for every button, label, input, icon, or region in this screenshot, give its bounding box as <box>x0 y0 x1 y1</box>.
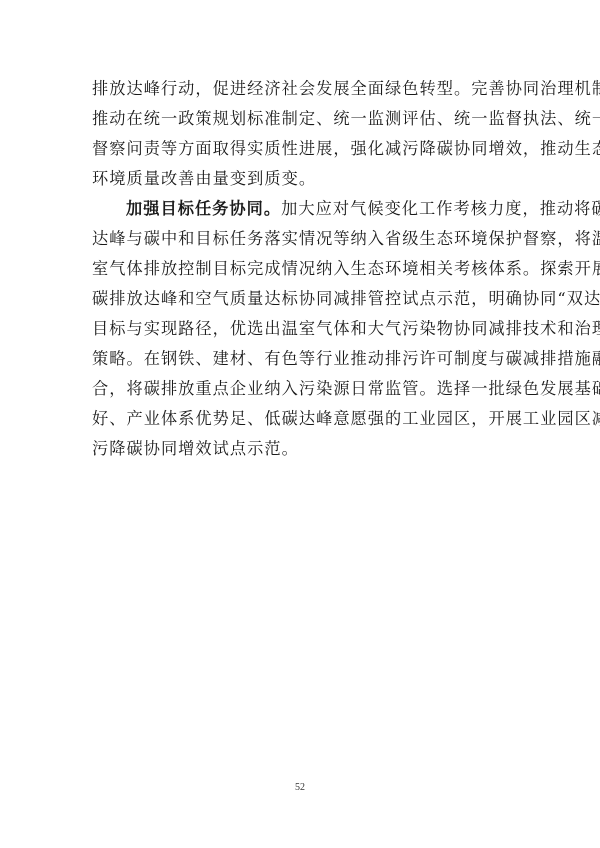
text-line: 好、产业体系优势足、低碳达峰意愿强的工业园区，开展工业园区减 <box>92 404 510 434</box>
text-line: 加强目标任务协同。加大应对气候变化工作考核力度，推动将碳 <box>92 194 510 224</box>
text-line: 达峰与碳中和目标任务落实情况等纳入省级生态环境保护督察，将温 <box>92 224 510 254</box>
text-line: 合，将碳排放重点企业纳入污染源日常监管。选择一批绿色发展基础 <box>92 374 510 404</box>
text-line: 推动在统一政策规划标准制定、统一监测评估、统一监督执法、统一 <box>92 104 510 134</box>
text-line-content: 加大应对气候变化工作考核力度，推动将碳 <box>281 199 600 218</box>
body-text: 排放达峰行动，促进经济社会发展全面绿色转型。完善协同治理机制， 推动在统一政策规… <box>92 74 510 464</box>
paragraph-continuation: 排放达峰行动，促进经济社会发展全面绿色转型。完善协同治理机制， 推动在统一政策规… <box>92 74 510 194</box>
document-page: 排放达峰行动，促进经济社会发展全面绿色转型。完善协同治理机制， 推动在统一政策规… <box>0 0 600 848</box>
text-line: 目标与实现路径，优选出温室气体和大气污染物协同减排技术和治理 <box>92 314 510 344</box>
text-line: 碳排放达峰和空气质量达标协同减排管控试点示范，明确协同“双达” <box>92 284 510 314</box>
text-line: 环境质量改善由量变到质变。 <box>92 164 510 194</box>
text-line: 督察问责等方面取得实质性进展，强化减污降碳协同增效，推动生态 <box>92 134 510 164</box>
paragraph-target-task-synergy: 加强目标任务协同。加大应对气候变化工作考核力度，推动将碳 达峰与碳中和目标任务落… <box>92 194 510 464</box>
text-line: 策略。在钢铁、建材、有色等行业推动排污许可制度与碳减排措施融 <box>92 344 510 374</box>
text-line: 污降碳协同增效试点示范。 <box>92 434 510 464</box>
text-line: 排放达峰行动，促进经济社会发展全面绿色转型。完善协同治理机制， <box>92 74 510 104</box>
paragraph-lead-heading: 加强目标任务协同。 <box>126 199 281 218</box>
text-line: 室气体排放控制目标完成情况纳入生态环境相关考核体系。探索开展 <box>92 254 510 284</box>
page-number: 52 <box>0 782 600 793</box>
